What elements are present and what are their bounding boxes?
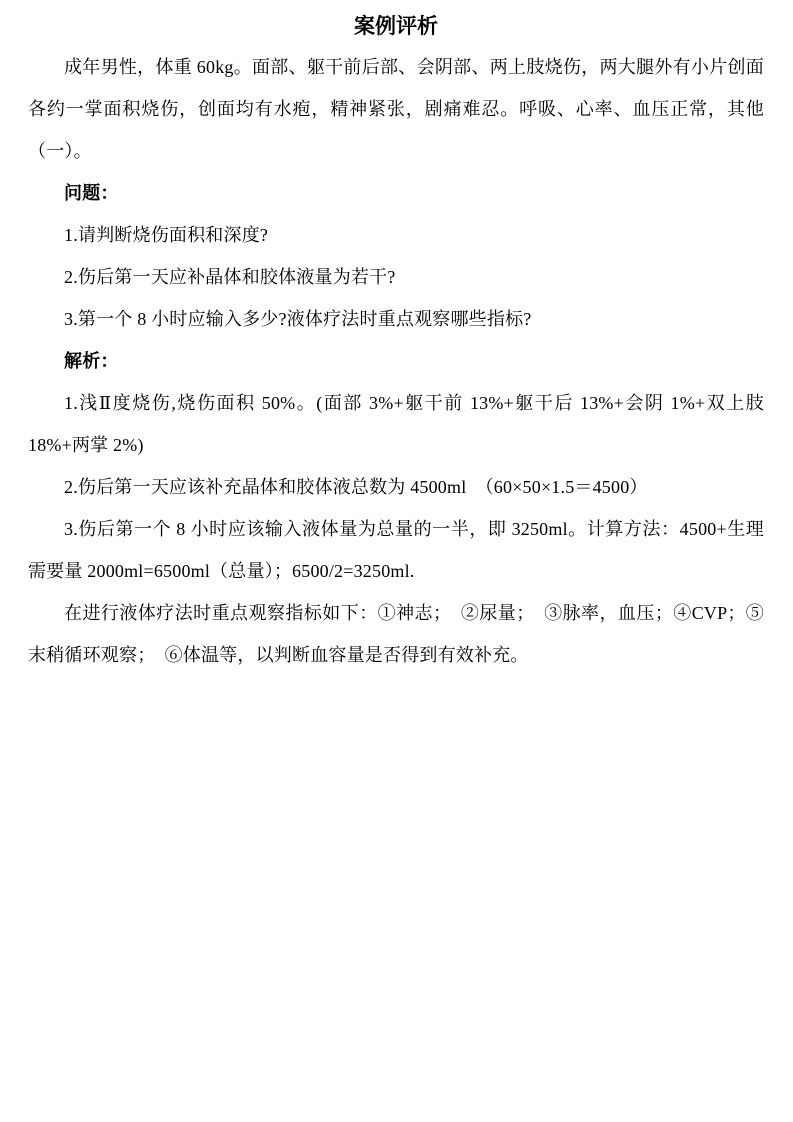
document-title: 案例评析 xyxy=(28,6,764,46)
document-page: 案例评析 成年男性，体重 60kg。面部、躯干前后部、会阴部、两上肢烧伤，两大腿… xyxy=(0,0,793,1122)
question-item-3: 3.第一个 8 小时应输入多少?液体疗法时重点观察哪些指标? xyxy=(28,298,764,340)
analysis-item-3: 3.伤后第一个 8 小时应该输入液体量为总量的一半，即 3250ml。计算方法：… xyxy=(28,508,764,592)
question-item-2: 2.伤后第一天应补晶体和胶体液量为若干? xyxy=(28,256,764,298)
analysis-item-4: 在进行液体疗法时重点观察指标如下：①神志； ②尿量； ③脉率，血压；④CVP；⑤… xyxy=(28,592,764,676)
analysis-item-2: 2.伤后第一天应该补充晶体和胶体液总数为 4500ml （60×50×1.5＝4… xyxy=(28,466,764,508)
analysis-heading: 解析： xyxy=(28,340,764,382)
analysis-item-1: 1.浅Ⅱ度烧伤,烧伤面积 50%。(面部 3%+躯干前 13%+躯干后 13%+… xyxy=(28,382,764,466)
question-item-1: 1.请判断烧伤面积和深度? xyxy=(28,214,764,256)
questions-heading: 问题： xyxy=(28,172,764,214)
case-description-paragraph: 成年男性，体重 60kg。面部、躯干前后部、会阴部、两上肢烧伤，两大腿外有小片创… xyxy=(28,46,764,172)
